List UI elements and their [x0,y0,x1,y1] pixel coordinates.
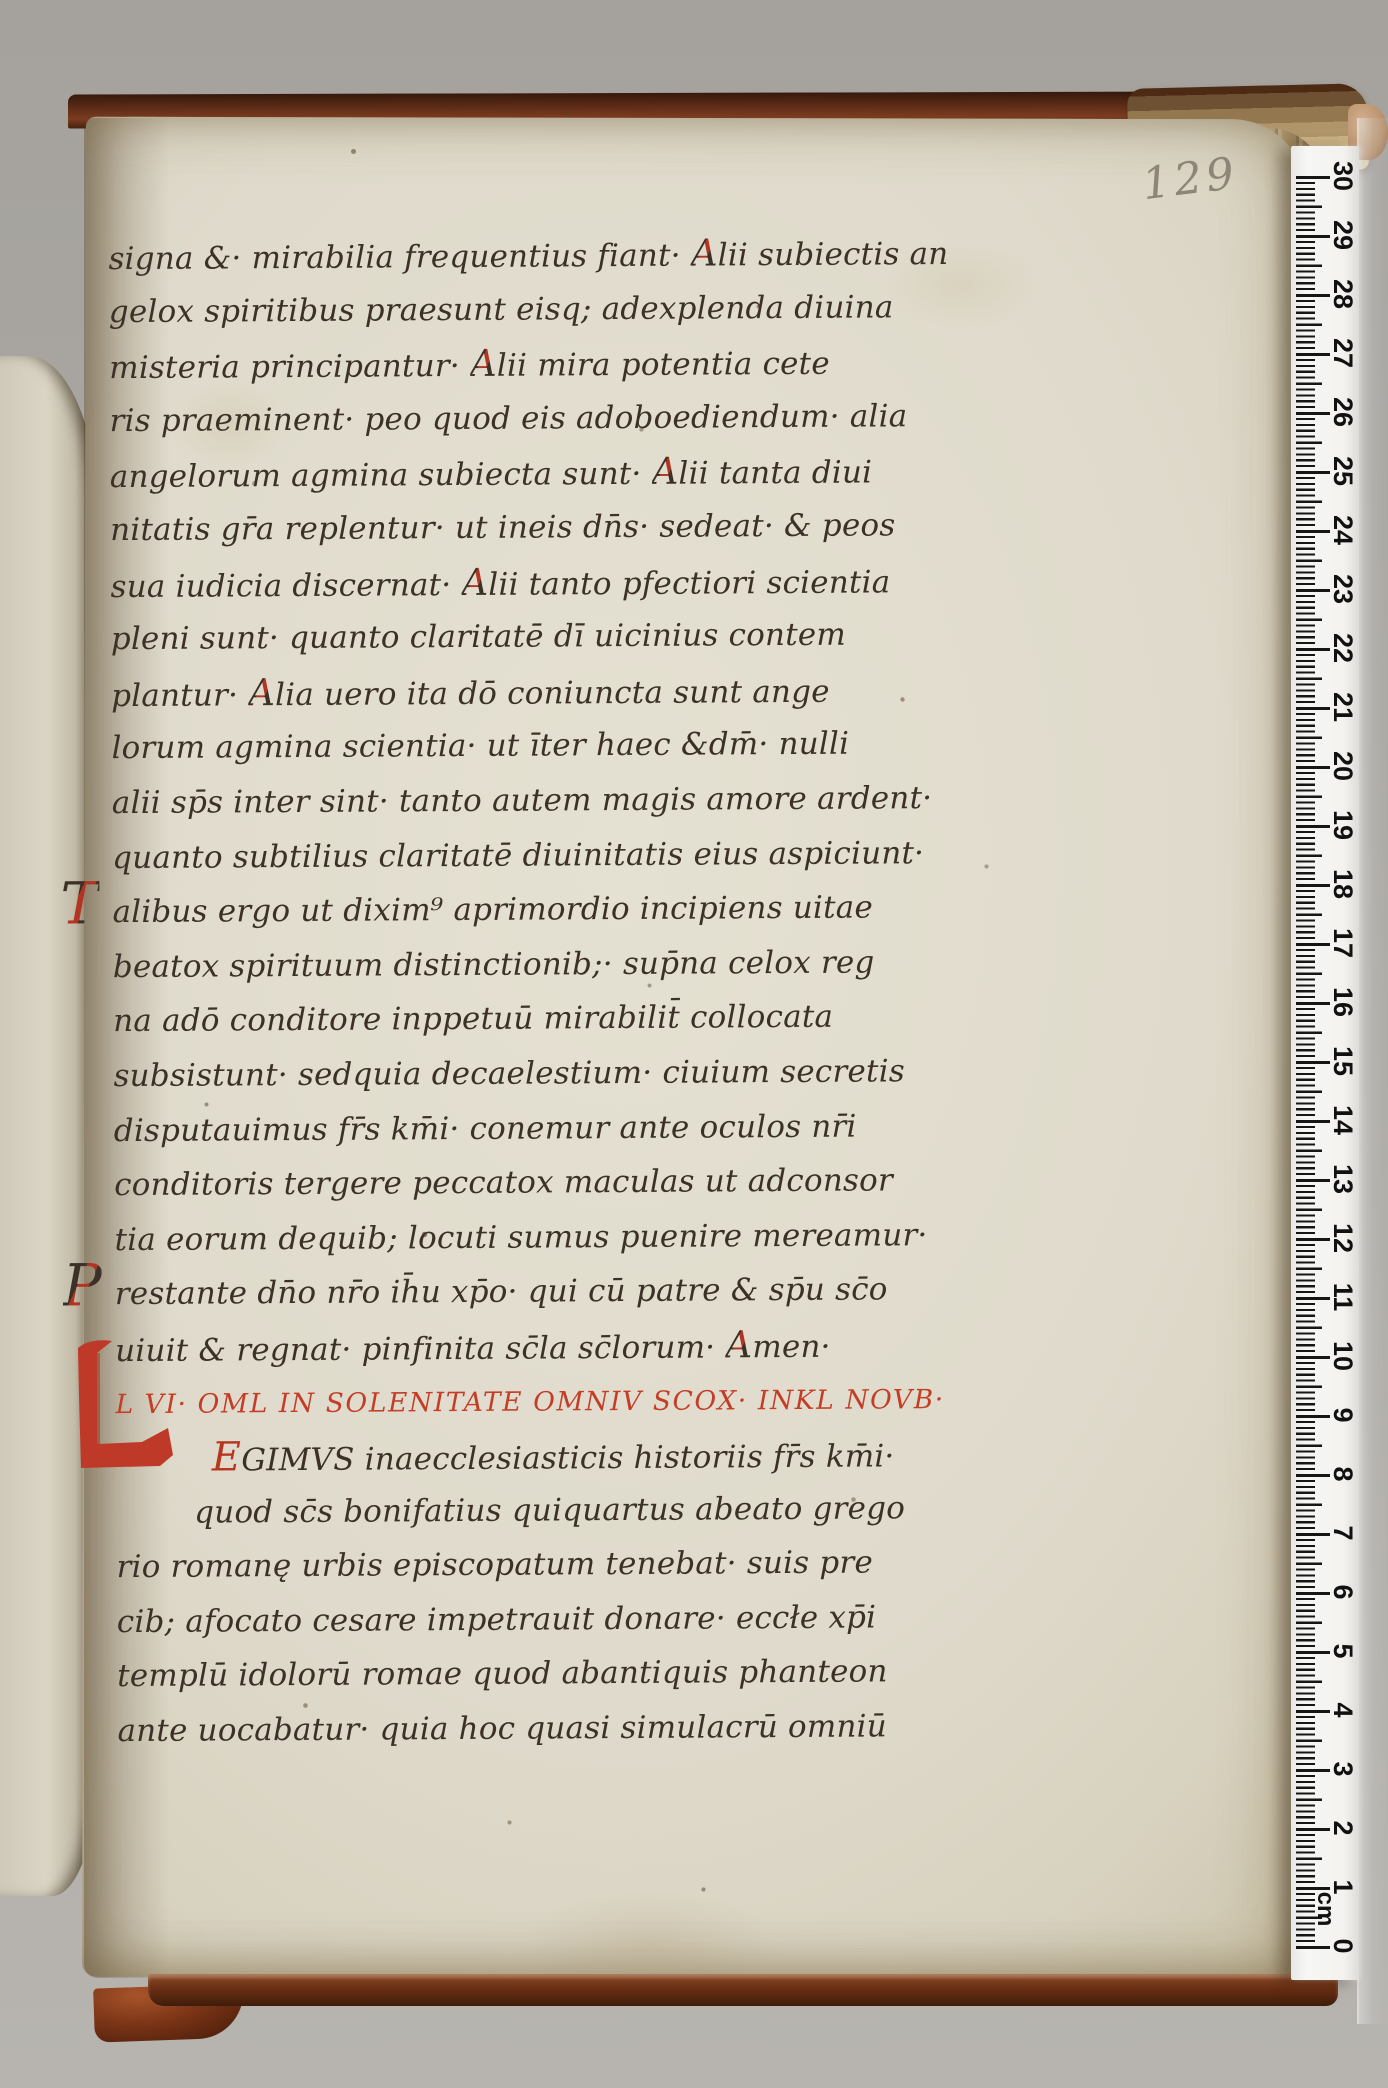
text-segment: gelox spiritibus praesunt eisq; adexplen… [109,289,894,330]
red-capital: E [212,1434,242,1480]
text-block: signa &· mirabilia frequentius fiant· Al… [108,226,817,1759]
manuscript-line: misteria principantur· Alii mira potenti… [109,335,809,394]
manuscript-line: Talibus ergo ut dixim⁹ aprimordio incipi… [112,881,812,940]
ruler-number: 20 [1314,744,1358,788]
ruler-number: 23 [1314,567,1358,611]
text-segment: misteria principantur· [109,348,470,386]
manuscript-line: conditoris tergere peccatox maculas ut a… [114,1154,814,1213]
photograph-stage: 129 signa &· mirabilia frequentius fiant… [0,0,1388,2088]
manuscript-line: ante uocabatur· quia hoc quasi simulacrū… [117,1700,817,1759]
ruler-number: 28 [1314,272,1358,316]
ruler-number: 13 [1314,1157,1358,1201]
ruler-number: 7 [1314,1511,1358,1555]
text-segment: sua iudicia discernat· [110,567,461,605]
manuscript-line: na adō conditore inppetuū mirabilit̄ col… [113,990,813,1049]
marginal-initial: P [63,1258,103,1313]
ruler-number: 29 [1314,213,1358,257]
ruler-number: 11 [1314,1275,1358,1319]
text-segment: GIMVS [241,1442,355,1479]
manuscript-line: L VI· OML IN SOLENITATE OMNIV SCOX· INKL… [115,1372,815,1431]
text-segment: quod sc̄s bonifatius quiquartus abeato g… [194,1490,905,1530]
text-segment: rio romanę urbis episcopatum tenebat· su… [116,1545,873,1586]
text-segment: plantur· [111,677,248,714]
marginal-initial: T [60,876,99,931]
ruler-number: 0 [1314,1924,1358,1968]
touched-capital: A [470,342,497,385]
manuscript-line: Prestante dn̄o nr̄o ih̄u xp̄o· qui cū pa… [115,1263,815,1322]
ruler-number: 12 [1314,1216,1358,1260]
text-segment: pleni sunt· quanto claritatē dī uicinius… [111,617,846,657]
text-segment: ante uocabatur· quia hoc quasi simulacrū… [117,1708,887,1749]
ruler-number: 5 [1314,1629,1358,1673]
ruler-number: 17 [1314,921,1358,965]
manuscript-line: gelox spiritibus praesunt eisq; adexplen… [109,280,809,339]
manuscript-line: EGIMVS inaecclesiasticis historiis fr̄s … [116,1427,816,1486]
ruler-number: 6 [1314,1570,1358,1614]
text-segment: conditoris tergere peccatox maculas ut a… [114,1162,893,1203]
text-segment: cib; afocato cesare impetrauit donare· e… [117,1599,877,1640]
touched-capital: A [248,671,275,714]
ruler-number: 24 [1314,508,1358,552]
touched-capital: A [691,231,718,274]
manuscript-line: disputauimus fr̄s km̄i· conemur ante ocu… [114,1099,814,1158]
text-segment: lorum agmina scientia· ut īter haec &dm̄… [111,726,849,767]
manuscript-line: quanto subtilius claritatē diuinitatis e… [112,826,812,885]
manuscript-line: plantur· Alia uero ita dō coniuncta sunt… [111,663,811,722]
manuscript-line: rio romanę urbis episcopatum tenebat· su… [116,1536,816,1595]
ruler-number: 10 [1314,1334,1358,1378]
text-segment: lii mira potentia cete [497,346,830,384]
text-segment: quanto subtilius claritatē diuinitatis e… [112,835,924,876]
ruler: cm 3029282726252423222120191817161514131… [1291,146,1359,1980]
ruler-number: 19 [1314,803,1358,847]
manuscript-line: subsistunt· sedquia decaelestium· ciuium… [113,1045,813,1104]
ruler-number: 21 [1314,685,1358,729]
manuscript-line: angelorum agmina subiecta sunt· Alii tan… [110,444,810,503]
ruler-number: 2 [1314,1806,1358,1850]
text-segment: lii subiectis an [718,236,949,273]
manuscript-line: alii sp̄s inter sint· tanto autem magis … [112,772,812,831]
text-segment: na adō conditore inppetuū mirabilit̄ col… [113,999,833,1039]
text-segment: signa &· mirabilia frequentius fiant· [108,238,690,278]
text-segment: alii sp̄s inter sint· tanto autem magis … [112,780,933,821]
ruler-number: 1 [1314,1865,1358,1909]
illuminated-initial-L [70,1336,182,1486]
ruler-number: 15 [1314,1039,1358,1083]
ruler-number: 4 [1314,1688,1358,1732]
manuscript-line: quod sc̄s bonifatius quiquartus abeato g… [116,1482,816,1541]
manuscript-line: uiuit & regnat· pinfinita sc̄la sc̄lorum… [115,1318,815,1377]
touched-capital: A [651,450,678,493]
ruler-clear-plastic [1357,118,1388,2024]
text-segment: lii tanto pfectiori scientia [488,564,890,602]
text-segment: ris praeminent· peo quod eis adoboediend… [109,398,907,439]
touched-capital: A [725,1323,752,1366]
text-segment: lii tanta diui [678,455,872,492]
text-segment: inaecclesiasticis historiis fr̄s km̄i· [355,1438,895,1477]
rubric-text: L VI· OML IN SOLENITATE OMNIV SCOX· INKL… [115,1385,944,1421]
manuscript-line: sua iudicia discernat· Alii tanto pfecti… [110,553,810,612]
manuscript-line: lorum agmina scientia· ut īter haec &dm̄… [111,717,811,776]
ruler-number: 14 [1314,1098,1358,1142]
ruler-number: 16 [1314,980,1358,1024]
ruler-number: 30 [1314,154,1358,198]
text-segment: restante dn̄o nr̄o ih̄u xp̄o· qui cū pat… [115,1272,888,1313]
ruler-number: 25 [1314,449,1358,493]
text-segment: disputauimus fr̄s km̄i· conemur ante ocu… [114,1108,857,1149]
text-segment: subsistunt· sedquia decaelestium· ciuium… [113,1053,905,1094]
text-segment: men· [752,1329,831,1365]
text-segment: lia uero ita dō coniuncta sunt ange [275,674,830,713]
text-segment: tia eorum dequib; locuti sumus puenire m… [114,1217,927,1258]
ruler-number: 18 [1314,862,1358,906]
text-segment: alibus ergo ut dixim⁹ aprimordio incipie… [112,890,873,931]
text-segment: uiuit & regnat· pinfinita sc̄la sc̄lorum… [115,1329,725,1369]
manuscript-line: tia eorum dequib; locuti sumus puenire m… [114,1209,814,1268]
ink-specks [0,0,3,3]
ruler-number: 9 [1314,1393,1358,1437]
manuscript-line: cib; afocato cesare impetrauit donare· e… [117,1591,817,1650]
ruler-number: 27 [1314,331,1358,375]
manuscript-line: beatox spirituum distinctionib;· sup̄na … [113,936,813,995]
manuscript-line: pleni sunt· quanto claritatē dī uicinius… [111,608,811,667]
text-segment: angelorum agmina subiecta sunt· [110,456,652,495]
text-segment: templū idolorū romae quod abantiquis pha… [117,1654,888,1695]
ruler-number: 3 [1314,1747,1358,1791]
text-segment: beatox spirituum distinctionib;· sup̄na … [113,944,875,985]
ruler-number: 22 [1314,626,1358,670]
manuscript-line: templū idolorū romae quod abantiquis pha… [117,1645,817,1704]
text-segment: nitatis gr̄a replentur· ut ineis dn̄s· s… [110,507,895,548]
manuscript-line: nitatis gr̄a replentur· ut ineis dn̄s· s… [110,499,810,558]
ruler-number: 8 [1314,1452,1358,1496]
ruler-labels: cm 3029282726252423222120191817161514131… [1291,146,1359,1980]
manuscript-line: ris praeminent· peo quod eis adoboediend… [109,390,809,449]
touched-capital: A [461,560,488,603]
manuscript-line: signa &· mirabilia frequentius fiant· Al… [108,226,808,285]
ruler-number: 26 [1314,390,1358,434]
book-bottom-cover-edge [148,1974,1338,2006]
